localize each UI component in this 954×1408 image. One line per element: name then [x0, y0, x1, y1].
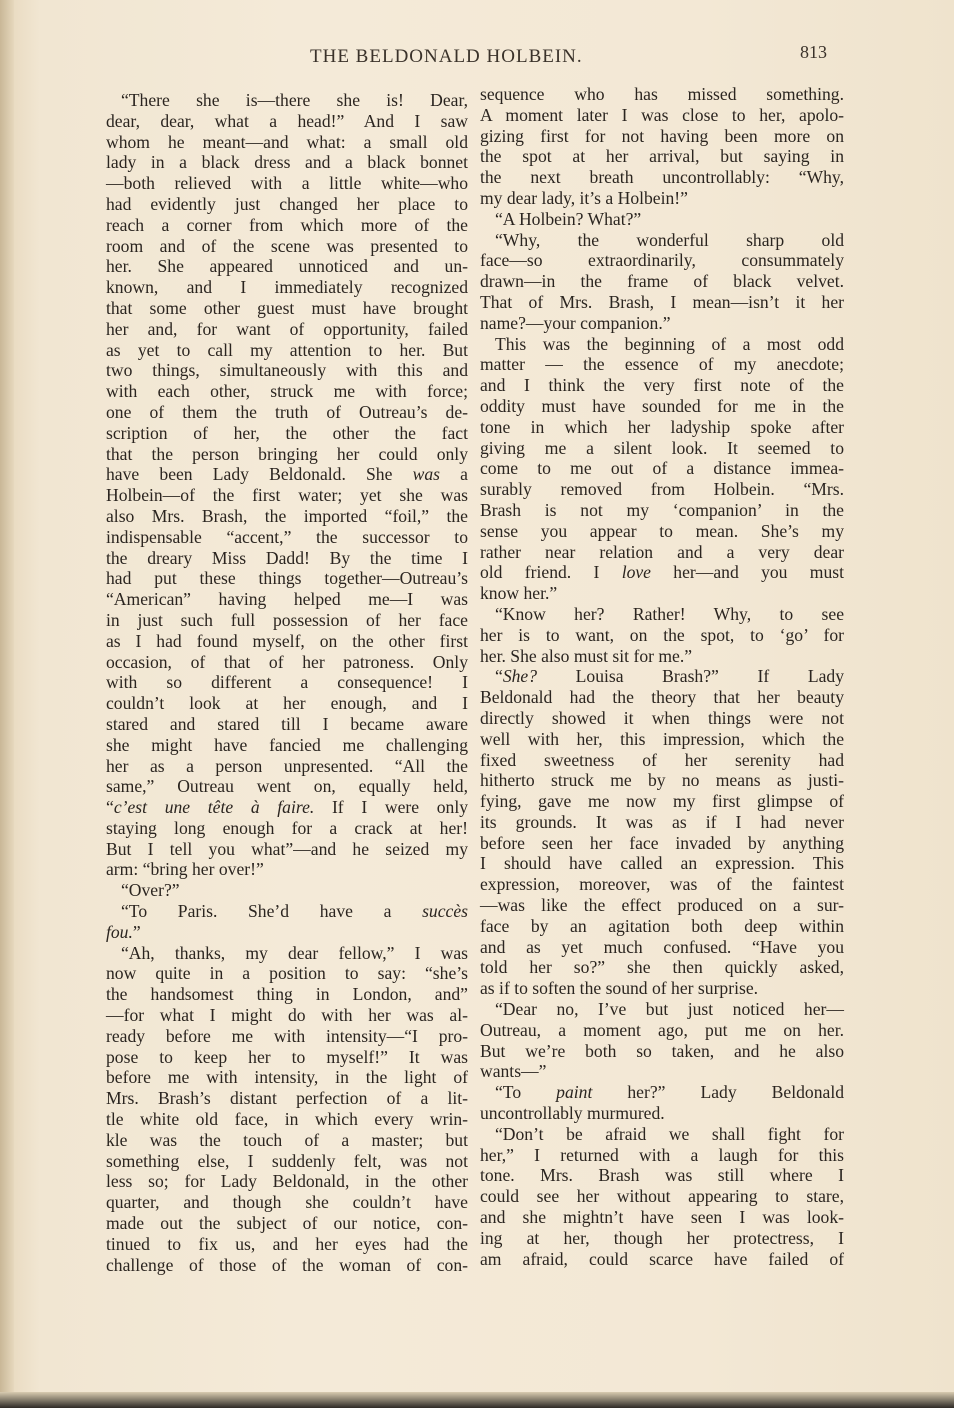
text-line: That of Mrs. Brash, I mean—isn’t it her: [480, 292, 844, 313]
text-line: reach a corner from which more of the: [106, 215, 468, 236]
text-line: now quite in a position to say: “she’s: [106, 963, 468, 984]
text-line: surably removed from Holbein. “Mrs.: [480, 479, 844, 500]
text-line: “Dear no, I’ve but just noticed her—: [480, 999, 844, 1020]
text-line: Outreau, a moment ago, put me on her.: [480, 1020, 844, 1041]
text-line: before seen her face invaded by anything: [480, 833, 844, 854]
text-line: as yet to call my attention to her. But: [106, 340, 468, 361]
text-line: her is to want, on the spot, to ‘go’ for: [480, 625, 844, 646]
text-line: and I think the very first note of the: [480, 375, 844, 396]
text-line: “Don’t be afraid we shall fight for: [480, 1124, 844, 1145]
text-line: whom he meant—and what: a small old: [106, 132, 468, 153]
running-title: THE BELDONALD HOLBEIN.: [310, 46, 583, 68]
text-line: matter — the essence of my anecdote;: [480, 354, 844, 375]
text-line: face by an agitation both deep within: [480, 916, 844, 937]
text-line: name?—your companion.”: [480, 313, 844, 334]
text-line: something else, I suddenly felt, was not: [106, 1151, 468, 1172]
text-line: tone. Mrs. Brash was still where I: [480, 1165, 844, 1186]
text-line: indispensable “accent,” the successor to: [106, 527, 468, 548]
text-line: “There she is—there she is! Dear,: [106, 90, 468, 111]
text-line: tle white old face, in which every wrin-: [106, 1109, 468, 1130]
book-page: THE BELDONALD HOLBEIN. 813 “There she is…: [0, 0, 954, 1408]
text-line: tinued to fix us, and her eyes had the: [106, 1234, 468, 1255]
text-line: wants—”: [480, 1061, 844, 1082]
text-line: arm: “bring her over!”: [106, 859, 468, 880]
text-line: ing at her, though her protectress, I: [480, 1228, 844, 1249]
text-line: ready before me with intensity—“I pro-: [106, 1026, 468, 1047]
text-line: tone in which her ladyship spoke after: [480, 417, 844, 438]
text-line: also Mrs. Brash, the imported “foil,” th…: [106, 506, 468, 527]
text-line: fou.”: [106, 922, 468, 943]
text-line: —both relieved with a little white—who: [106, 173, 468, 194]
text-line: her. She also must sit for me.”: [480, 646, 844, 667]
text-line: staying long enough for a crack at her!: [106, 818, 468, 839]
text-line: fying, gave me now my first glimpse of: [480, 791, 844, 812]
text-line: I should have called an expression. This: [480, 853, 844, 874]
text-line: directly showed it when things were not: [480, 708, 844, 729]
text-line: that the person bringing her could only: [106, 444, 468, 465]
text-line: But I tell you what”—and he seized my: [106, 839, 468, 860]
text-line: well with her, this impression, which th…: [480, 729, 844, 750]
text-line: its grounds. It was as if I had never: [480, 812, 844, 833]
text-line: giving me a silent look. It seemed to: [480, 438, 844, 459]
text-line: she might have fancied me challenging: [106, 735, 468, 756]
text-line: —was like the effect produced on a sur-: [480, 895, 844, 916]
text-line: know her.”: [480, 583, 844, 604]
text-line: my dear lady, it’s a Holbein!”: [480, 188, 844, 209]
binding-shadow: [0, 0, 14, 1408]
text-line: “c’est une tête à faire. If I were only: [106, 797, 468, 818]
text-line: her. She appeared unnoticed and un-: [106, 256, 468, 277]
text-line: the next breath uncontrollably: “Why,: [480, 167, 844, 188]
left-text-column: “There she is—there she is! Dear,dear, d…: [106, 90, 468, 1275]
text-line: stared and stared till I became aware: [106, 714, 468, 735]
text-line: the spot at her arrival, but saying in: [480, 146, 844, 167]
text-line: —for what I might do with her was al-: [106, 1005, 468, 1026]
text-line: the handsomest thing in London, and”: [106, 984, 468, 1005]
text-line: couldn’t look at her enough, and I: [106, 693, 468, 714]
text-line: that some other guest must have brought: [106, 298, 468, 319]
text-line: A moment later I was close to her, apolo…: [480, 105, 844, 126]
text-line: expression, moreover, was of the faintes…: [480, 874, 844, 895]
text-line: before me with intensity, in the light o…: [106, 1067, 468, 1088]
text-line: challenge of those of the woman of con-: [106, 1255, 468, 1276]
text-line: have been Lady Beldonald. She was a: [106, 464, 468, 485]
text-line: “Over?”: [106, 880, 468, 901]
text-line: pose to keep her to myself!” It was: [106, 1047, 468, 1068]
text-line: her as a person unpresented. “All the: [106, 756, 468, 777]
text-line: gizing first for not having been more on: [480, 126, 844, 147]
text-line: and as yet much confused. “Have you: [480, 937, 844, 958]
text-line: Mrs. Brash’s distant perfection of a lit…: [106, 1088, 468, 1109]
text-line: oddity must have sounded for me in the: [480, 396, 844, 417]
text-line: lady in a black dress and a black bonnet: [106, 152, 468, 173]
text-line: as if to soften the sound of her surpris…: [480, 978, 844, 999]
text-line: “American” having helped me—I was: [106, 589, 468, 610]
text-line: had evidently just changed her place to: [106, 194, 468, 215]
text-line: less so; for Lady Beldonald, in the othe…: [106, 1171, 468, 1192]
text-line: uncontrollably murmured.: [480, 1103, 844, 1124]
text-line: her and, for want of opportunity, failed: [106, 319, 468, 340]
text-line: her,” I returned with a laugh for this: [480, 1145, 844, 1166]
text-line: with each other, struck me with force;: [106, 381, 468, 402]
text-line: in just such full possession of her face: [106, 610, 468, 631]
text-line: But we’re both so taken, and he also: [480, 1041, 844, 1062]
text-line: “To paint her?” Lady Beldonald: [480, 1082, 844, 1103]
text-line: occasion, of that of her patroness. Only: [106, 652, 468, 673]
text-line: Holbein—of the first water; yet she was: [106, 485, 468, 506]
text-line: “Know her? Rather! Why, to see: [480, 604, 844, 625]
text-line: could see her without appearing to stare…: [480, 1186, 844, 1207]
text-line: had put these things together—Outreau’s: [106, 568, 468, 589]
text-line: sequence who has missed something.: [480, 84, 844, 105]
text-line: “Ah, thanks, my dear fellow,” I was: [106, 943, 468, 964]
text-line: quarter, and though she couldn’t have: [106, 1192, 468, 1213]
text-line: dear, dear, what a head!” And I saw: [106, 111, 468, 132]
text-line: one of them the truth of Outreau’s de-: [106, 402, 468, 423]
text-line: “She? Louisa Brash?” If Lady: [480, 666, 844, 687]
text-line: same,” Outreau went on, equally held,: [106, 776, 468, 797]
text-line: sense you appear to mean. She’s my: [480, 521, 844, 542]
text-line: known, and I immediately recognized: [106, 277, 468, 298]
text-line: “A Holbein? What?”: [480, 209, 844, 230]
text-line: fixed sweetness of her serenity had: [480, 750, 844, 771]
text-line: come to me out of a distance immea-: [480, 458, 844, 479]
page-number: 813: [800, 42, 827, 63]
text-line: face—so extraordinarily, consummately: [480, 250, 844, 271]
text-line: room and of the scene was presented to: [106, 236, 468, 257]
text-line: rather near relation and a very dear: [480, 542, 844, 563]
text-line: “Why, the wonderful sharp old: [480, 230, 844, 251]
text-line: as I had found myself, on the other firs…: [106, 631, 468, 652]
text-line: am afraid, could scarce have failed of: [480, 1249, 844, 1270]
text-line: and she mightn’t have seen I was look-: [480, 1207, 844, 1228]
text-line: drawn—in the frame of black velvet.: [480, 271, 844, 292]
text-line: kle was the touch of a master; but: [106, 1130, 468, 1151]
text-line: Beldonald had the theory that her beauty: [480, 687, 844, 708]
text-line: the dreary Miss Dadd! By the time I: [106, 548, 468, 569]
text-line: This was the beginning of a most odd: [480, 334, 844, 355]
text-line: old friend. I love her—and you must: [480, 562, 844, 583]
text-line: told her so?” she then quickly asked,: [480, 957, 844, 978]
text-line: scription of her, the other the fact: [106, 423, 468, 444]
text-line: made out the subject of our notice, con-: [106, 1213, 468, 1234]
text-line: two things, simultaneously with this and: [106, 360, 468, 381]
right-text-column: sequence who has missed something.A mome…: [480, 84, 844, 1269]
text-line: “To Paris. She’d have a succès: [106, 901, 468, 922]
page-bottom-edge: [0, 1392, 954, 1408]
text-line: hitherto struck me by no means as justi-: [480, 770, 844, 791]
text-line: with so different a consequence! I: [106, 672, 468, 693]
text-line: Brash is not my ‘companion’ in the: [480, 500, 844, 521]
